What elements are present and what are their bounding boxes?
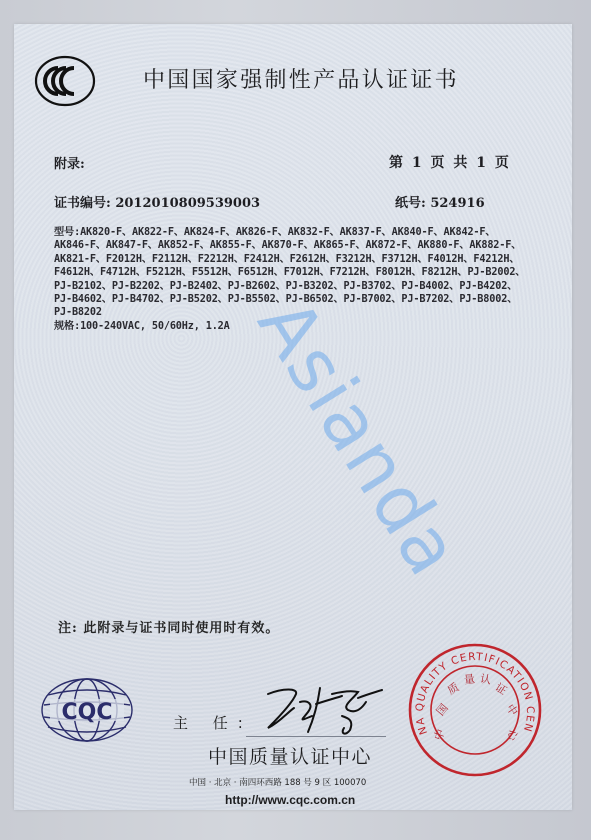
cqc-globe-logo-icon: CQC — [40, 677, 134, 743]
svg-text:CHINA QUALITY CERTIFICATION CE: CHINA QUALITY CERTIFICATION CENTRE — [405, 640, 536, 736]
certificate-title: 中国国家强制性产品认证证书 — [143, 63, 459, 94]
director-signature — [258, 682, 388, 740]
validity-note: 注: 此附录与证书同时使用时有效。 — [58, 617, 279, 636]
model-line: PJ-B2102、PJ-B2202、PJ-B2402、PJ-B2602、PJ-B… — [54, 280, 544, 293]
spec-value: 100-240VAC, 50/60Hz, 1.2A — [80, 321, 230, 332]
certificate-number-label: 证书编号: — [54, 196, 111, 211]
spec-label: 规格: — [54, 321, 80, 332]
page-info: 第 1 页 共 1 页 — [389, 152, 511, 172]
organization-name: 中国质量认证中心 — [208, 742, 372, 769]
signature-line — [246, 736, 386, 737]
svg-text:质: 质 — [445, 680, 462, 698]
svg-text:国: 国 — [434, 701, 451, 718]
svg-text:中: 中 — [431, 727, 448, 742]
model-line: F4612H、F4712H、F5212H、F5512H、F6512H、F7012… — [54, 266, 544, 279]
paper-number-value: 524916 — [430, 196, 484, 211]
paper-number-label: 纸号: — [395, 196, 426, 211]
svg-text:量: 量 — [463, 672, 476, 686]
official-seal-icon: CHINA QUALITY CERTIFICATION CENTRE 中 国 质… — [405, 640, 545, 780]
model-line: AK821-F、F2012H、F2112H、F2212H、F2412H、F261… — [54, 253, 544, 266]
ccc-mark-icon — [34, 55, 96, 107]
appendix-label: 附录: — [54, 153, 85, 172]
model-line: 型号:AK820-F、AK822-F、AK824-F、AK826-F、AK832… — [54, 226, 544, 239]
director-label: 主 任: — [173, 712, 253, 733]
svg-text:CQC: CQC — [62, 700, 113, 725]
certificate-number-value: 2012010809539003 — [115, 196, 260, 211]
svg-text:证: 证 — [493, 681, 509, 698]
organization-website[interactable]: http://www.cqc.com.cn — [225, 793, 355, 807]
model-line: AK846-F、AK847-F、AK852-F、AK855-F、AK870-F、… — [54, 239, 544, 252]
svg-text:认: 认 — [479, 671, 492, 687]
paper-number: 纸号: 524916 — [395, 192, 485, 211]
organization-address: 中国 · 北京 · 南四环西路 188 号 9 区 100070 — [189, 776, 366, 788]
model-label: 型号: — [54, 227, 80, 238]
certificate-number: 证书编号: 2012010809539003 — [54, 192, 260, 211]
